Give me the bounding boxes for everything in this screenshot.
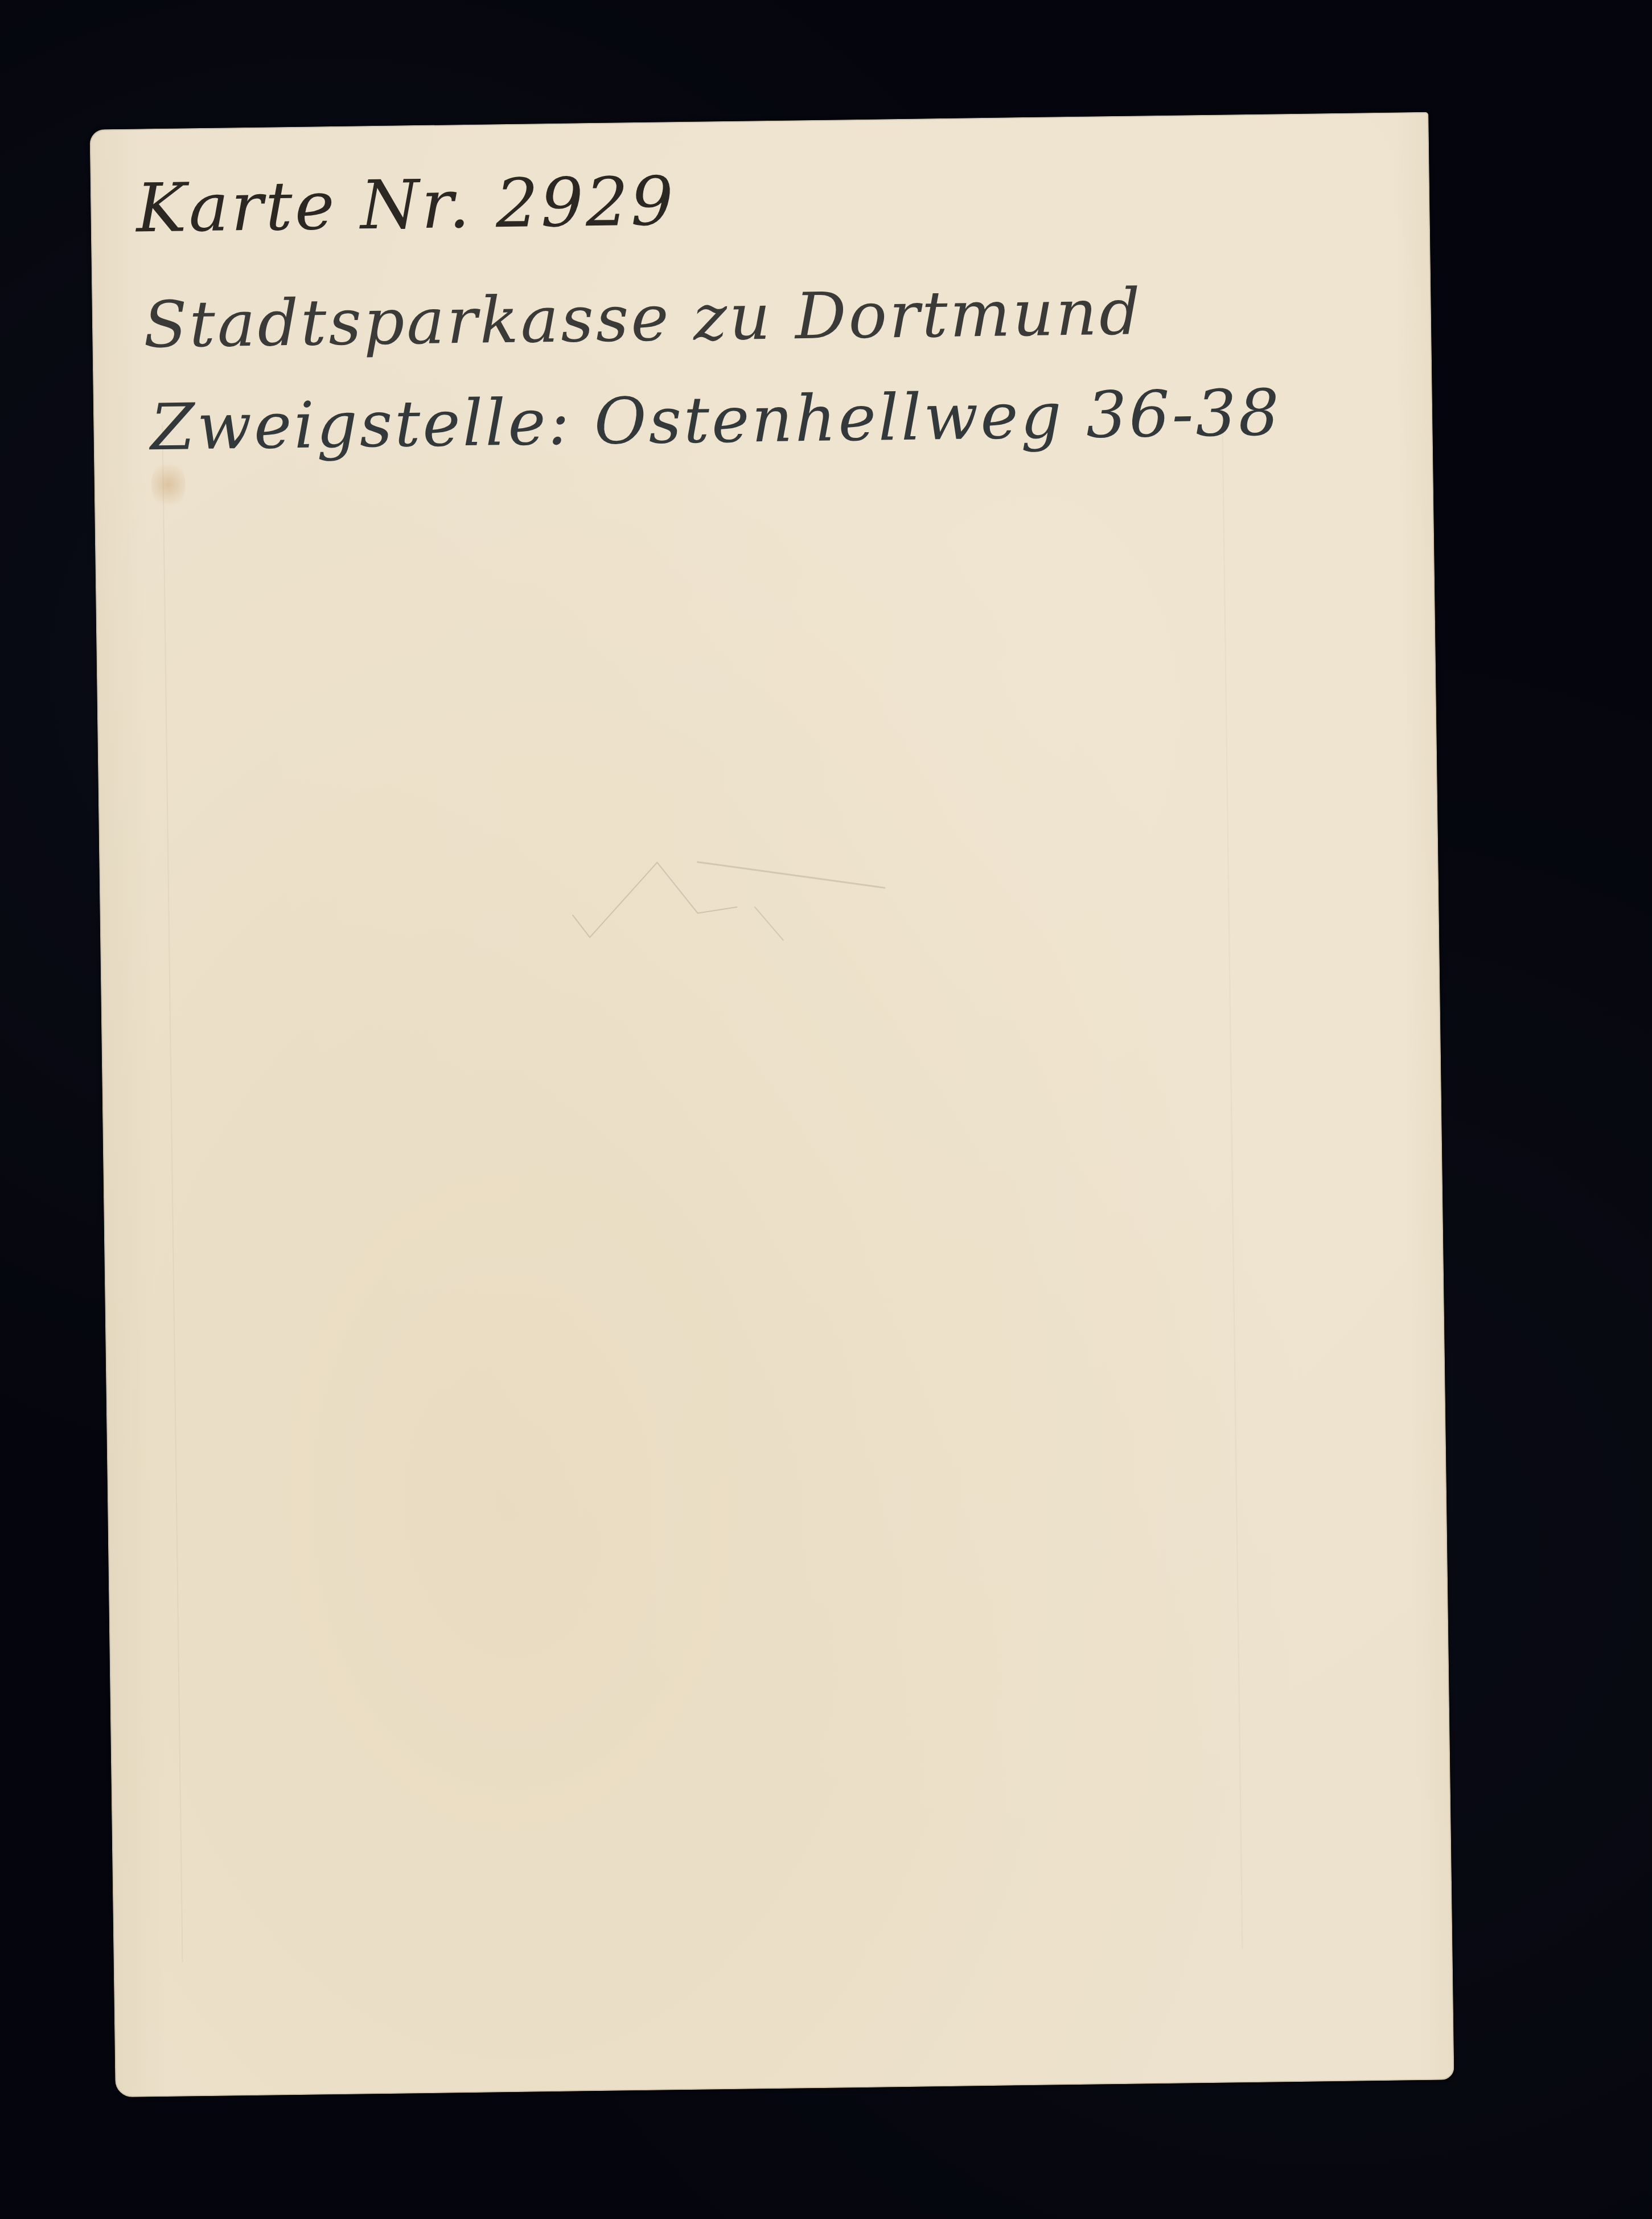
branch-address-line: Zweigstelle: Ostenhellweg 36-38 <box>150 376 1281 465</box>
card-number-line: Karte Nr. 2929 <box>135 162 676 247</box>
paper-stain <box>151 458 186 510</box>
index-card: Karte Nr. 2929 Stadtsparkasse zu Dortmun… <box>89 112 1454 2097</box>
institution-line: Stadtsparkasse zu Dortmund <box>143 275 1143 362</box>
faint-pencil-scratch-icon <box>566 825 966 955</box>
card-inner-border <box>162 411 1243 1962</box>
